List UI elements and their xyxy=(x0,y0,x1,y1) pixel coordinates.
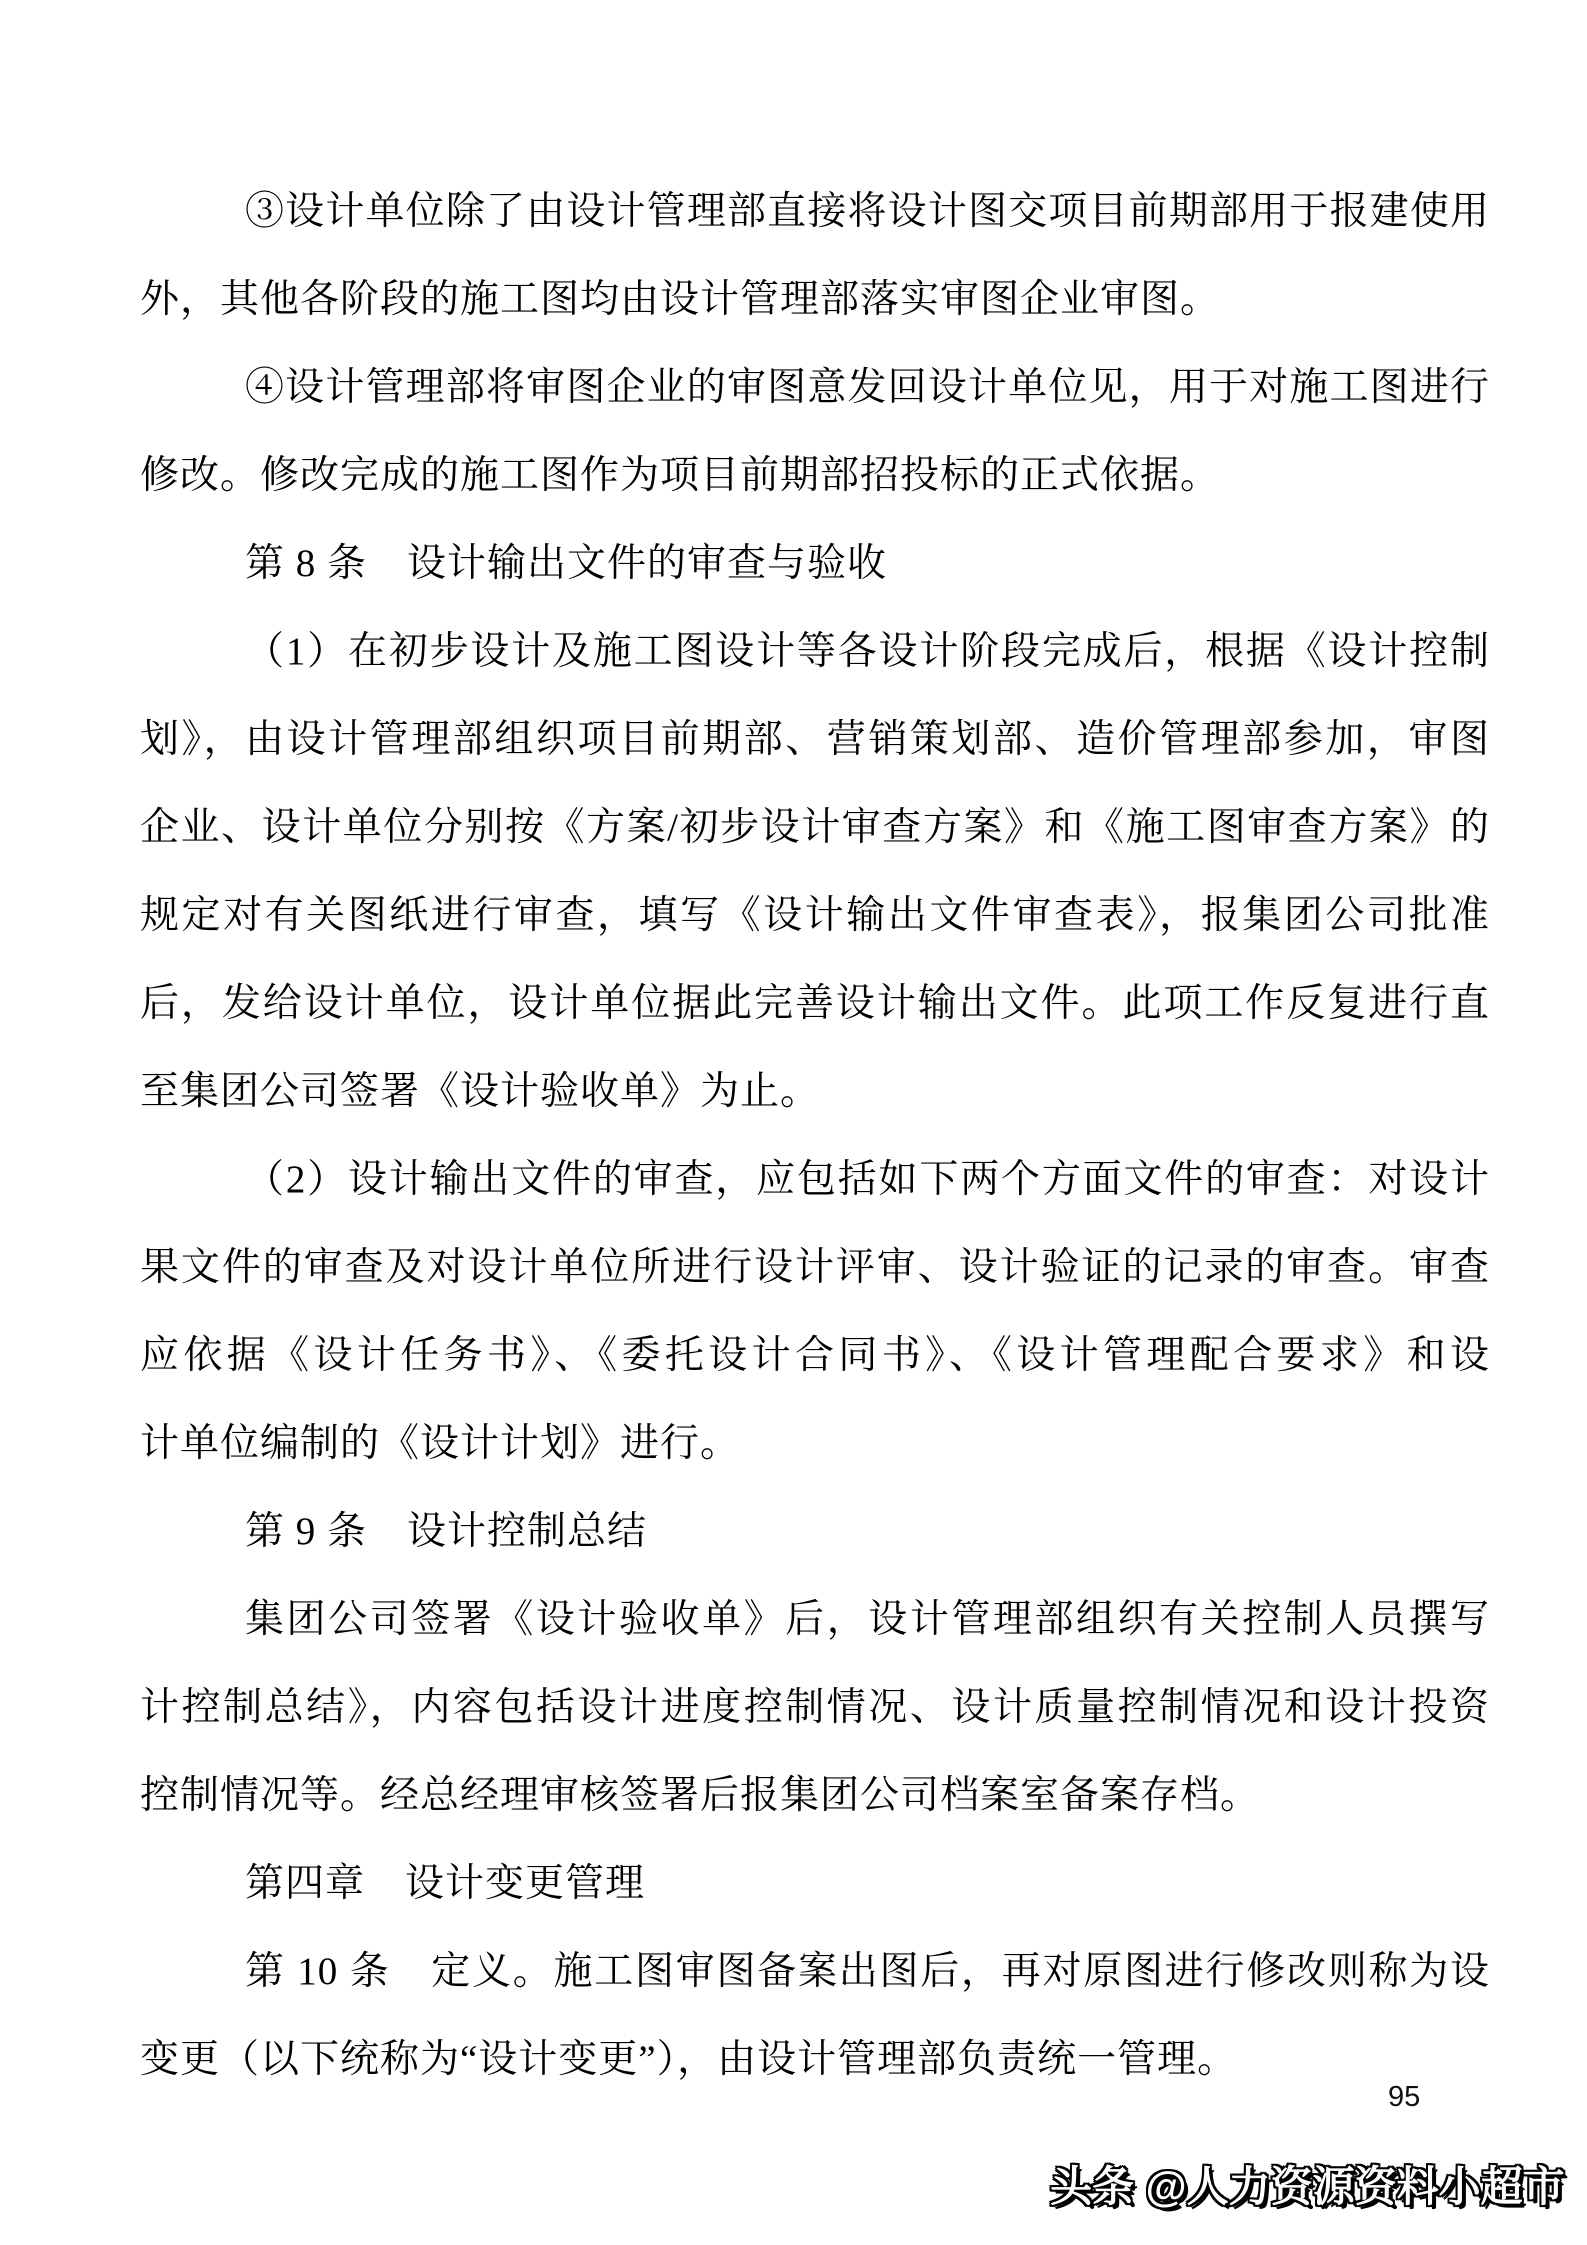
text-line: 应依据《设计任务书》、《委托设计合同书》、《设计管理配合要求》和设 xyxy=(140,1312,1490,1400)
text-line: 企业、设计单位分别按《方案/初步设计审查方案》和《施工图审查方案》的 xyxy=(140,784,1490,872)
text-line: 外，其他各阶段的施工图均由设计管理部落实审图企业审图。 xyxy=(140,256,1490,344)
text-line: 后，发给设计单位，设计单位据此完善设计输出文件。此项工作反复进行直 xyxy=(140,960,1490,1048)
text-line: 集团公司签署《设计验收单》后，设计管理部组织有关控制人员撰写《设 xyxy=(140,1576,1490,1664)
text-line: 计控制总结》，内容包括设计进度控制情况、设计质量控制情况和设计投资 xyxy=(140,1664,1490,1752)
paragraph: 集团公司签署《设计验收单》后，设计管理部组织有关控制人员撰写《设 计控制总结》，… xyxy=(140,1576,1490,1840)
document-page: ③设计单位除了由设计管理部直接将设计图交项目前期部用于报建使用 外，其他各阶段的… xyxy=(0,0,1587,2245)
text-line: （1）在初步设计及施工图设计等各设计阶段完成后，根据《设计控制计 xyxy=(140,608,1490,696)
text-line: 至集团公司签署《设计验收单》为止。 xyxy=(140,1048,1490,1136)
text-line: 第四章 设计变更管理 xyxy=(140,1840,1490,1928)
text-line: 计单位编制的《设计计划》进行。 xyxy=(140,1400,1490,1488)
section-heading: 第 8 条 设计输出文件的审查与验收 xyxy=(140,520,1490,608)
paragraph: ④设计管理部将审图企业的审图意发回设计单位见，用于对施工图进行 修改。修改完成的… xyxy=(140,344,1490,520)
section-heading: 第 9 条 设计控制总结 xyxy=(140,1488,1490,1576)
watermark: 头条 @人力资源资料小超市 xyxy=(1050,2158,1565,2216)
text-line: 第 9 条 设计控制总结 xyxy=(140,1488,1490,1576)
text-line: ③设计单位除了由设计管理部直接将设计图交项目前期部用于报建使用 xyxy=(140,168,1490,256)
text-line: 划》，由设计管理部组织项目前期部、营销策划部、造价管理部参加，审图 xyxy=(140,696,1490,784)
text-line: 变更（以下统称为“设计变更”），由设计管理部负责统一管理。 xyxy=(140,2016,1490,2104)
text-line: 控制情况等。经总经理审核签署后报集团公司档案室备案存档。 xyxy=(140,1752,1490,1840)
paragraph: （1）在初步设计及施工图设计等各设计阶段完成后，根据《设计控制计 划》，由设计管… xyxy=(140,608,1490,1136)
text-line: 第 8 条 设计输出文件的审查与验收 xyxy=(140,520,1490,608)
text-line: 修改。修改完成的施工图作为项目前期部招投标的正式依据。 xyxy=(140,432,1490,520)
text-line: （2）设计输出文件的审查，应包括如下两个方面文件的审查：对设计结 xyxy=(140,1136,1490,1224)
paragraph: 第 10 条 定义。施工图审图备案出图后，再对原图进行修改则称为设计 变更（以下… xyxy=(140,1928,1490,2104)
paragraph: （2）设计输出文件的审查，应包括如下两个方面文件的审查：对设计结 果文件的审查及… xyxy=(140,1136,1490,1488)
document-body: ③设计单位除了由设计管理部直接将设计图交项目前期部用于报建使用 外，其他各阶段的… xyxy=(140,168,1490,2104)
text-line: 果文件的审查及对设计单位所进行设计评审、设计验证的记录的审查。审查 xyxy=(140,1224,1490,1312)
text-line: ④设计管理部将审图企业的审图意发回设计单位见，用于对施工图进行 xyxy=(140,344,1490,432)
chapter-heading: 第四章 设计变更管理 xyxy=(140,1840,1490,1928)
paragraph: ③设计单位除了由设计管理部直接将设计图交项目前期部用于报建使用 外，其他各阶段的… xyxy=(140,168,1490,344)
text-line: 第 10 条 定义。施工图审图备案出图后，再对原图进行修改则称为设计 xyxy=(140,1928,1490,2016)
page-number: 95 xyxy=(1388,2080,1420,2114)
text-line: 规定对有关图纸进行审查，填写《设计输出文件审查表》，报集团公司批准 xyxy=(140,872,1490,960)
